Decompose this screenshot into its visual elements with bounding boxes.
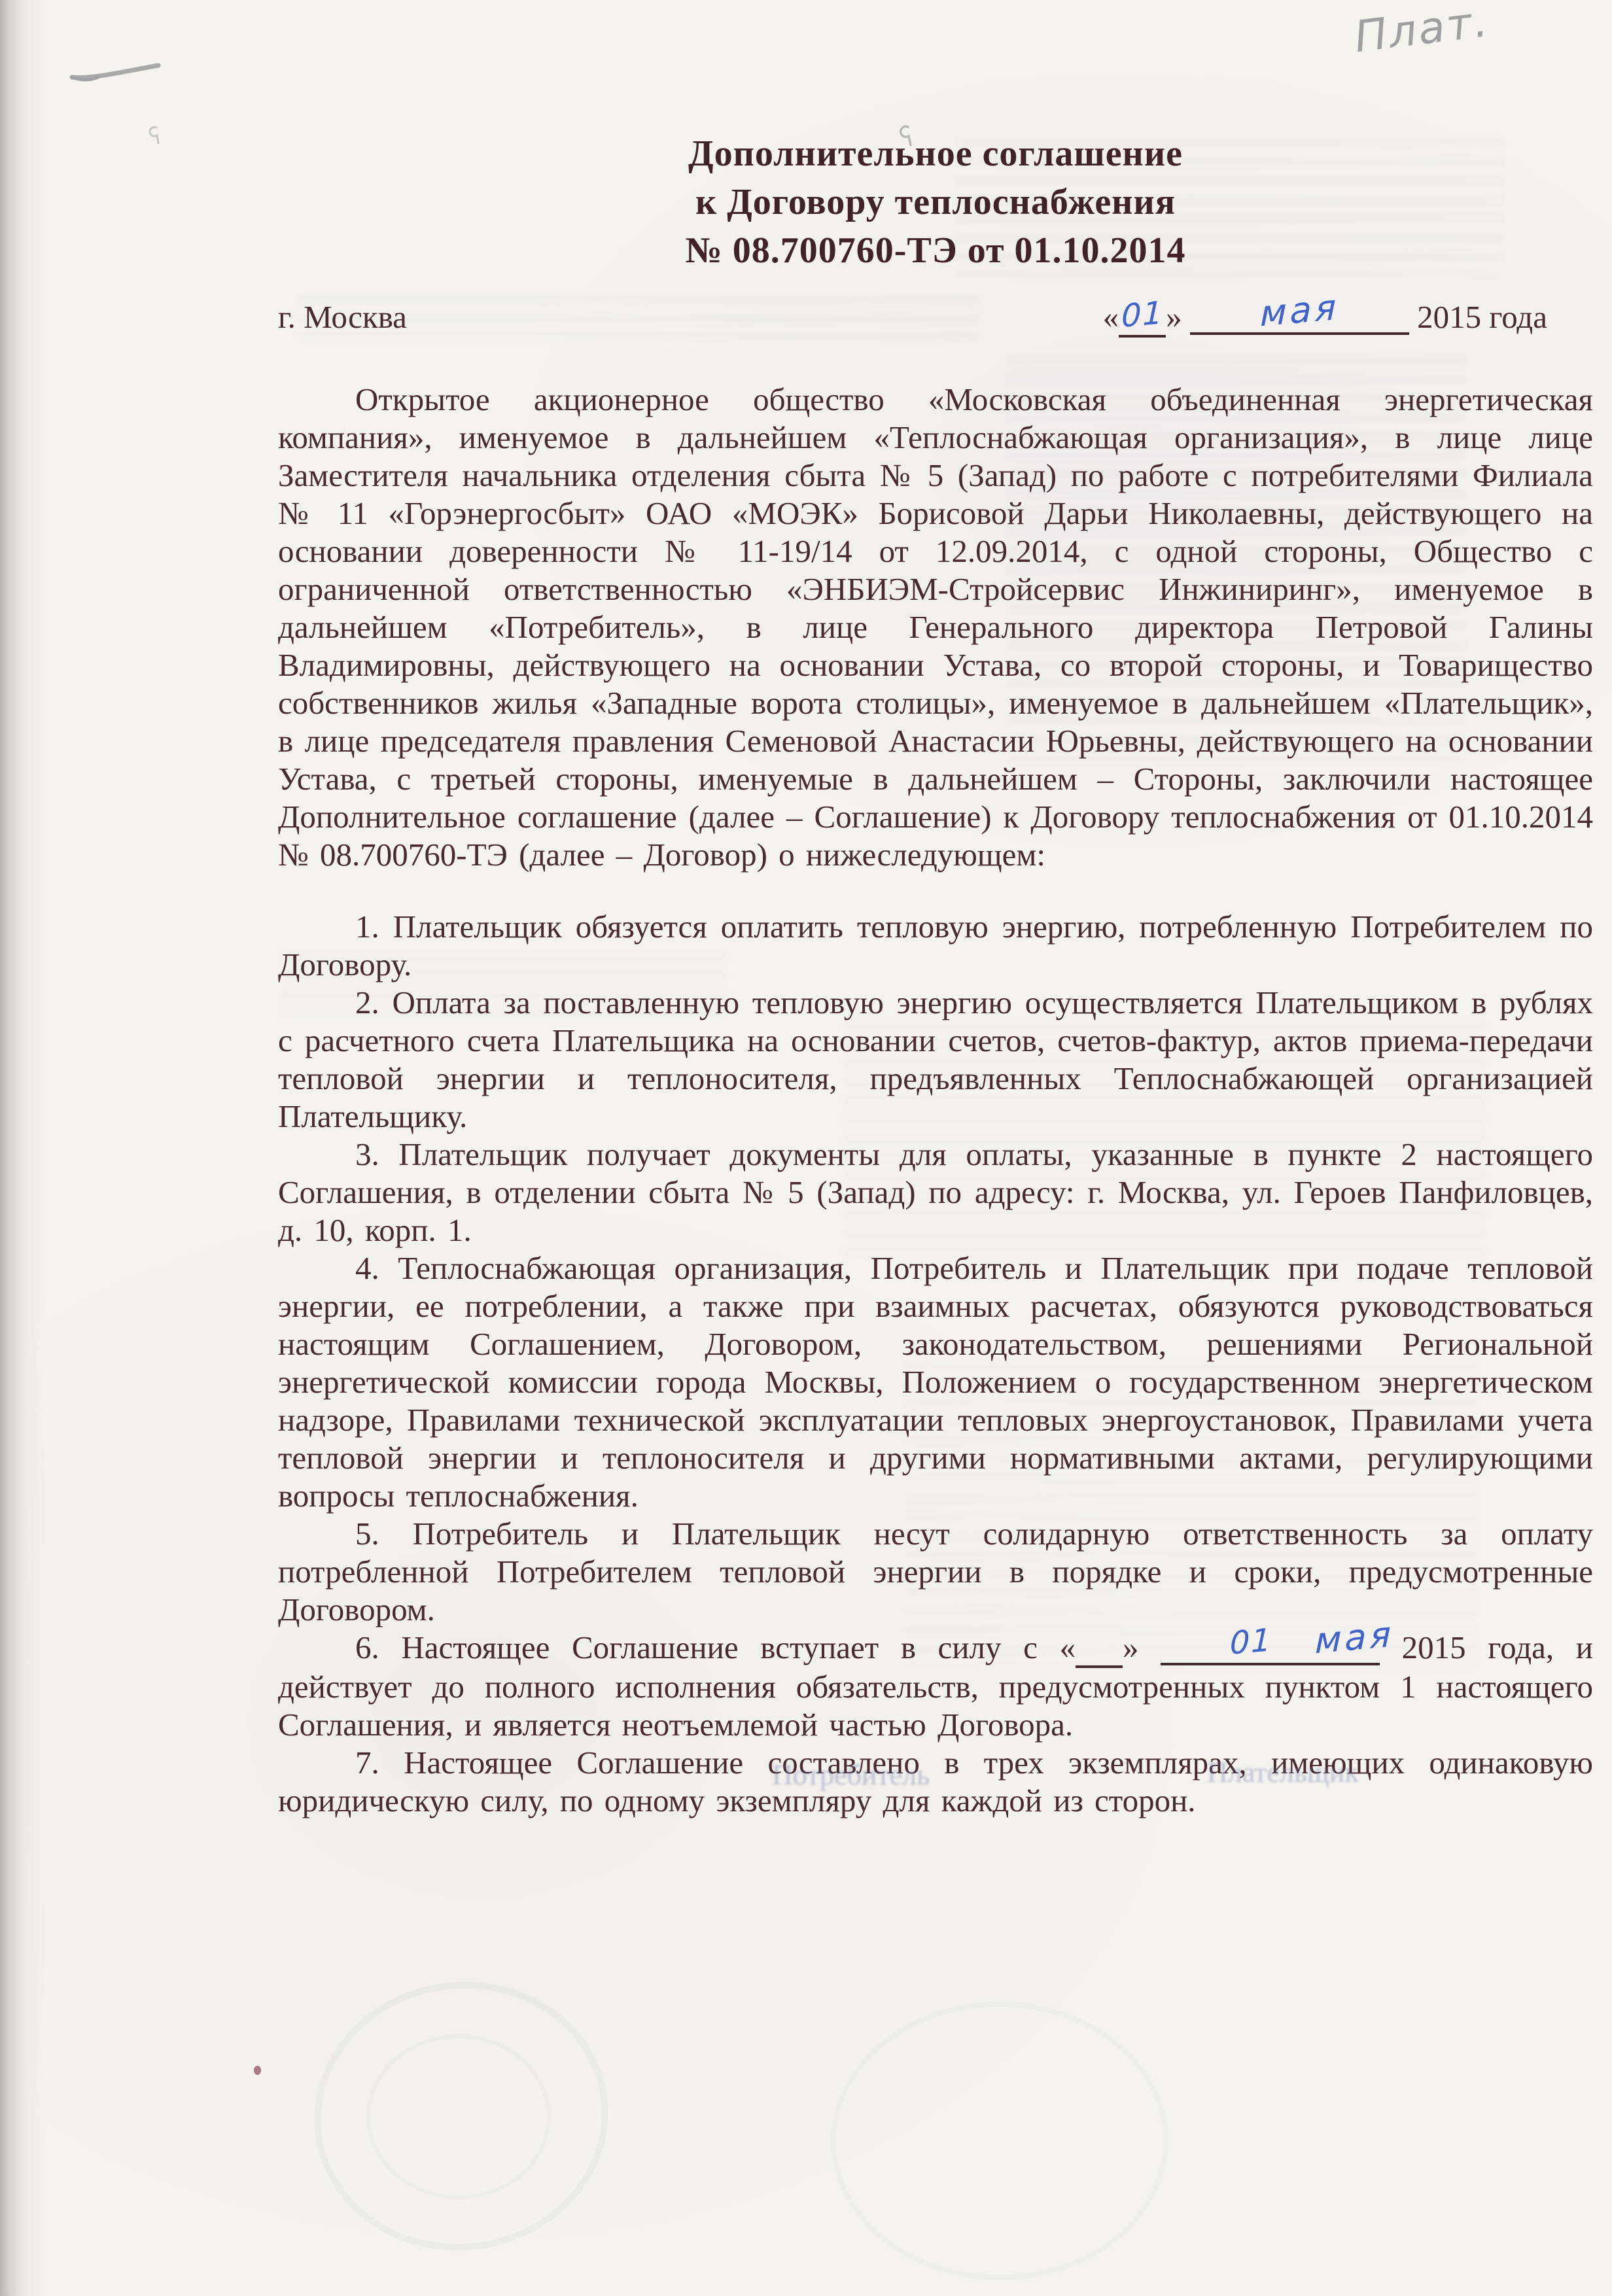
city-label: г. Москва (278, 298, 407, 336)
handwritten-day: 01 (1121, 297, 1164, 332)
scanner-edge-shadow (0, 0, 46, 2296)
month-blank-line: мая (1190, 298, 1409, 335)
clause-1: 1. Плательщик обязуется оплатить теплову… (278, 908, 1593, 984)
open-quote: « (1103, 299, 1119, 335)
day-blank-line: 01 (1119, 301, 1166, 338)
title-line-1: Дополнительное соглашение (278, 130, 1593, 178)
close-quote: » (1123, 1629, 1139, 1665)
bleedthrough-word-consumer: Потребитель (772, 1758, 930, 1792)
document-body: Дополнительное соглашение к Договору теп… (278, 0, 1593, 1820)
clause-7: 7. Настоящее Соглашение составлено в тре… (278, 1744, 1593, 1820)
clause-4: 4. Теплоснабжающая организация, Потребит… (278, 1249, 1593, 1515)
ink-speck (254, 2066, 261, 2075)
title-line-3: № 08.700760-ТЭ от 01.10.2014 (278, 226, 1593, 275)
date-group: «01» мая 2015 года (1103, 298, 1547, 338)
handwritten-month: мая (1259, 290, 1339, 332)
clause-6: 6. Настоящее Соглашение вступает в силу … (278, 1629, 1593, 1744)
pencil-dash-mark (69, 60, 161, 84)
bleedthrough-word-payer: Плательщик (1207, 1756, 1359, 1789)
open-quote: « (1059, 1629, 1076, 1665)
stamp-bleedthrough-circle (366, 2034, 551, 2199)
clause-5: 5. Потребитель и Плательщик несут солида… (278, 1515, 1593, 1629)
title-line-2: к Договору теплоснабжения (278, 178, 1593, 226)
close-quote: » (1166, 299, 1182, 335)
day-blank-line: 01 (1076, 1631, 1123, 1668)
year-label: 2015 года (1417, 299, 1547, 335)
clause-6-text-before: 6. Настоящее Соглашение вступает в силу … (355, 1629, 1038, 1665)
stamp-bleedthrough-circle (831, 2002, 1168, 2280)
clause-2: 2. Оплата за поставленную тепловую энерг… (278, 984, 1593, 1136)
clause-3: 3. Плательщик получает документы для опл… (278, 1136, 1593, 1249)
preamble-paragraph: Открытое акционерное общество «Московска… (278, 381, 1593, 874)
pencil-squiggle-mark (145, 124, 162, 147)
document-title: Дополнительное соглашение к Договору теп… (278, 130, 1593, 275)
clauses-list: 1. Плательщик обязуется оплатить теплову… (278, 908, 1593, 1820)
dateline: г. Москва «01» мая 2015 года (278, 298, 1593, 338)
scanned-document-page: Плат. Дополнительное соглашение к Догово… (0, 0, 1612, 2296)
